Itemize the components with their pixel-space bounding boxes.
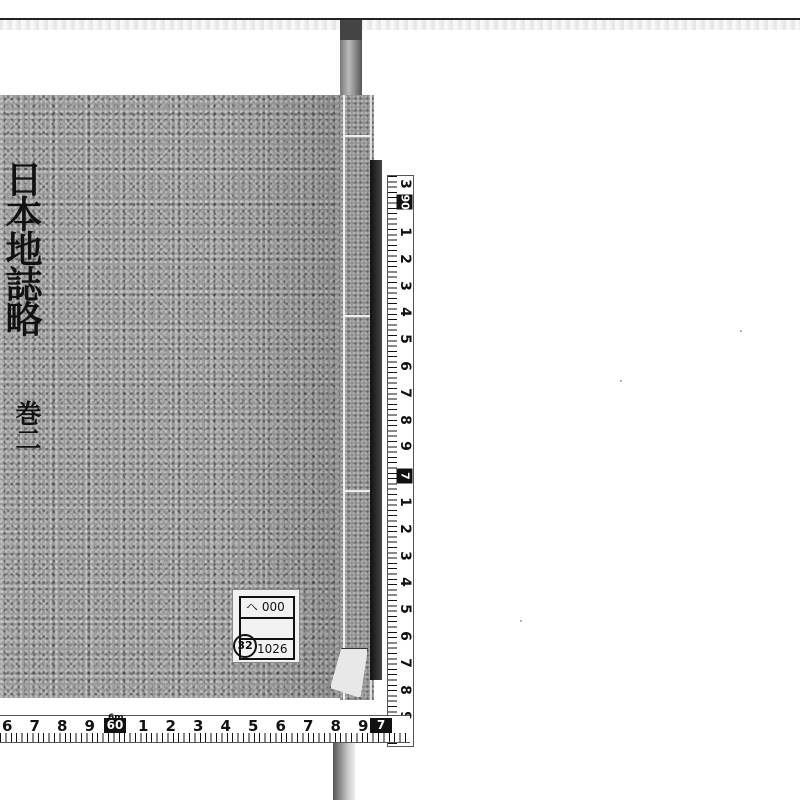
scale-marker: 7	[397, 469, 413, 484]
binding-stitch	[343, 315, 371, 317]
binding-strap-bottom	[333, 742, 355, 800]
speck	[740, 330, 742, 332]
scale-number: 4	[397, 575, 413, 589]
scale-number: 7	[303, 717, 313, 735]
scale-number: 6	[2, 717, 12, 735]
binding-strap-top	[340, 20, 362, 95]
scale-number: 8	[331, 717, 341, 735]
scale-number: 5	[397, 332, 413, 346]
scale-number: 5	[248, 717, 258, 735]
circle-seal-stamp: 32	[233, 634, 257, 658]
scale-number: 5	[397, 602, 413, 616]
scale-number: 3	[193, 717, 203, 735]
scale-number: 3	[397, 177, 413, 191]
binding-thread	[343, 95, 345, 700]
vertical-measuring-scale: 3901234567897123456789	[387, 175, 414, 747]
book-title: 日本地誌略	[2, 160, 40, 335]
scale-number: 1	[397, 225, 413, 239]
scale-number: 4	[397, 305, 413, 319]
scale-number: 7	[397, 656, 413, 670]
scale-number: 9	[358, 717, 368, 735]
label-row-1: ヘ 000	[241, 598, 293, 619]
scale-number: 6	[397, 629, 413, 643]
binding-stitch	[343, 490, 371, 492]
scale-number: 2	[166, 717, 176, 735]
scale-number: 9	[85, 717, 95, 735]
scale-number: 6	[397, 359, 413, 373]
speck	[620, 380, 622, 382]
scale-number: 6	[276, 717, 286, 735]
scale-number: 2	[397, 252, 413, 266]
scale-number: 2	[397, 522, 413, 536]
scale-number: 1	[397, 495, 413, 509]
book-spine-binding	[340, 95, 374, 700]
volume-label: 巻二	[8, 400, 45, 452]
scale-number: 3	[397, 549, 413, 563]
scale-number: 7	[397, 386, 413, 400]
scale-number: 1	[138, 717, 148, 735]
scale-unit: 6m	[108, 713, 124, 723]
horizontal-measuring-scale: 6789606m1234567897	[0, 715, 410, 743]
scale-number: 8	[397, 413, 413, 427]
scale-marker: 90	[397, 195, 413, 210]
scale-marker: 7	[370, 718, 392, 733]
speck	[520, 620, 522, 622]
scale-number: 4	[221, 717, 231, 735]
page-edge-shadow	[370, 160, 382, 680]
scale-number: 9	[397, 439, 413, 453]
scale-number: 3	[397, 279, 413, 293]
binding-stitch	[343, 135, 371, 137]
scale-number: 8	[57, 717, 67, 735]
scale-number: 8	[397, 683, 413, 697]
scale-number: 7	[30, 717, 40, 735]
scan-bleed	[0, 20, 800, 30]
library-call-label: ヘ 000 1026 32	[232, 589, 300, 663]
scale-ticks	[388, 176, 397, 746]
